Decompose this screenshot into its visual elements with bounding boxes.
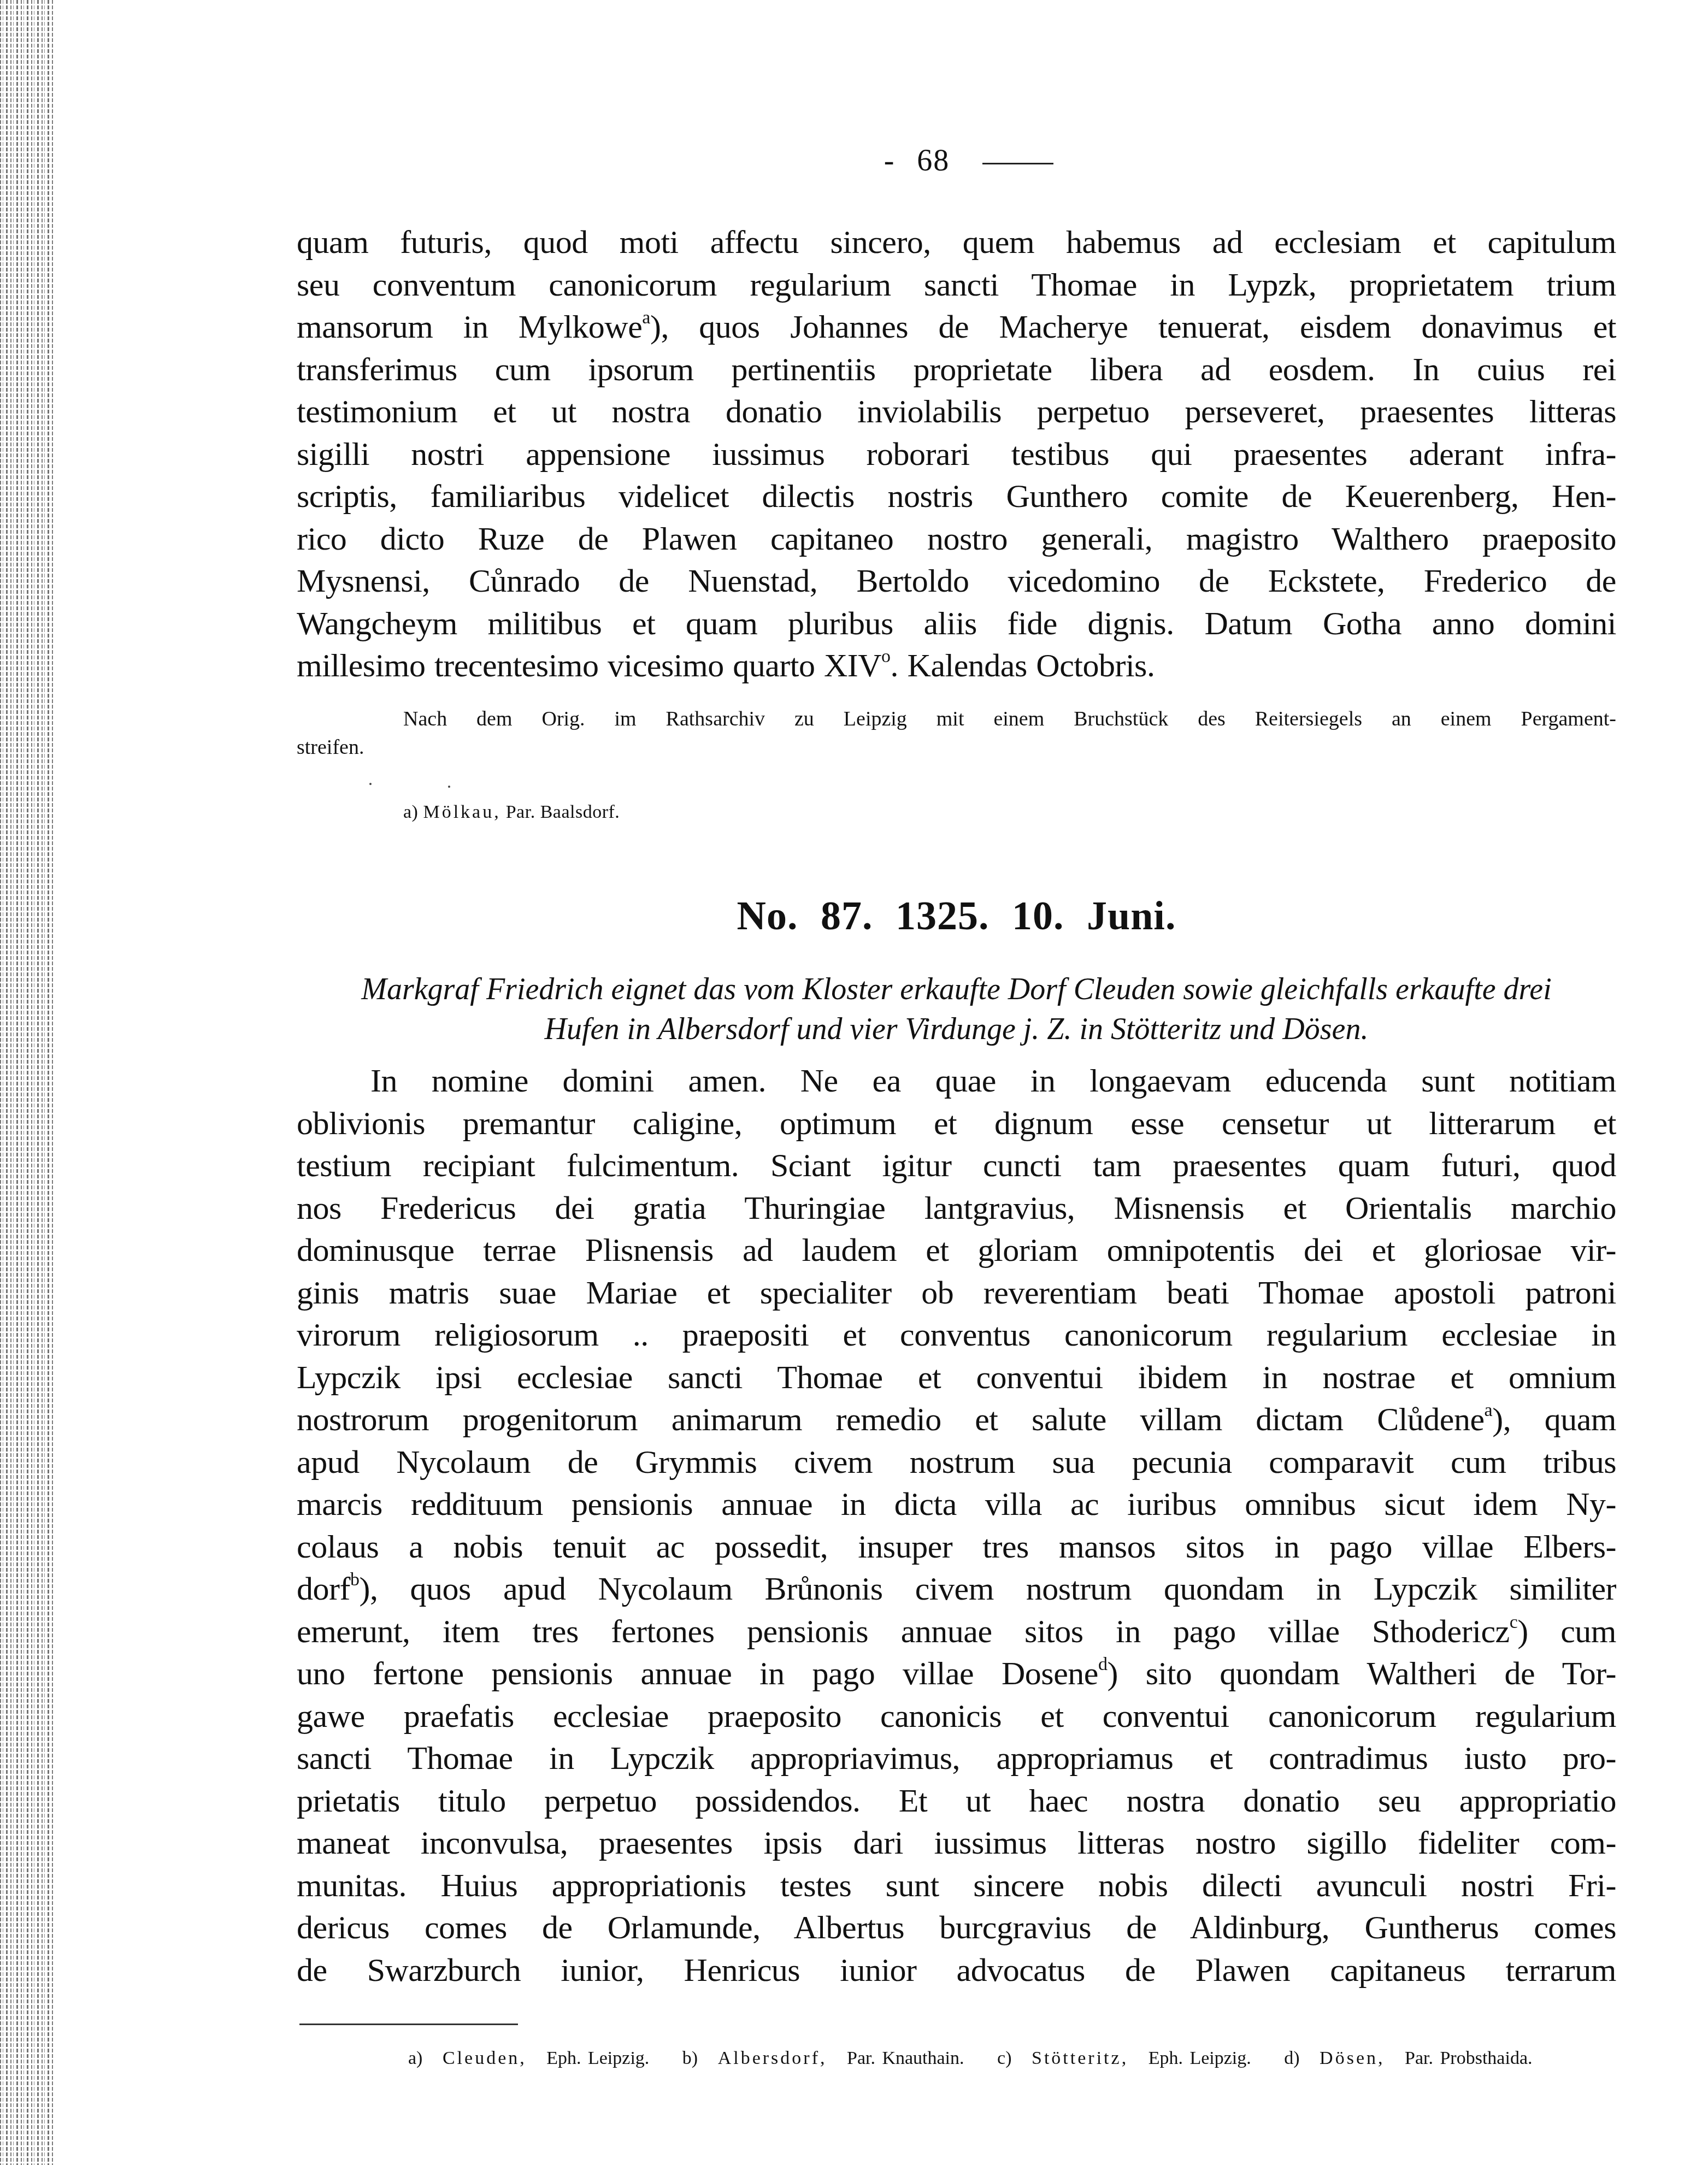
text-line: mansorum in Mylkowea), quos Johannes de … [297, 306, 1616, 349]
document-date: 10. Juni. [1012, 894, 1176, 939]
text-line: Wangcheym militibus et quam pluribus ali… [297, 603, 1616, 645]
text-line: nostrorum progenitorum animarum remedio … [297, 1399, 1616, 1441]
text-line: munitas. Huius appropriationis testes su… [297, 1865, 1616, 1907]
footnote-c: c) Stötteritz, Eph. Leipzig. [997, 2048, 1264, 2068]
footnote-marker: a) [403, 802, 418, 822]
source-note-line: Nach dem Orig. im Rathsarchiv zu Leipzig… [297, 705, 1616, 733]
footnote-a: a) Cleuden, Eph. Leipzig. [408, 2048, 662, 2068]
text-line: Lypczik ipsi ecclesiae sancti Thomae et … [297, 1356, 1616, 1399]
text-line: emerunt, item tres fertones pensionis an… [297, 1611, 1616, 1653]
text-line: dorfb), quos apud Nycolaum Brůnonis cive… [297, 1568, 1616, 1611]
summary-line: Hufen in Albersdorf und vier Virdunge j.… [297, 1010, 1616, 1049]
text-line: colaus a nobis tenuit ac possedit, insup… [297, 1526, 1616, 1568]
continuation-text-block: quam futuris, quod moti affectu sincero,… [297, 221, 1616, 687]
footnote-parish: Par. Baalsdorf. [506, 802, 620, 822]
footnote-marker: a [1485, 1400, 1493, 1420]
text-line: virorum religiosorum .. praepositi et co… [297, 1314, 1616, 1356]
text-line: sancti Thomae in Lypczik appropriavimus,… [297, 1737, 1616, 1780]
text-line: millesimo trecentesimo vicesimo quarto X… [297, 645, 1616, 687]
footnote-marker: c [1510, 1612, 1518, 1632]
footnote-separator-rule [299, 2024, 518, 2025]
text-line: seu conventum canonicorum regularium san… [297, 264, 1616, 306]
text-line: ginis matris suae Mariae et specialiter … [297, 1272, 1616, 1314]
footnote-marker: d [1098, 1654, 1108, 1674]
document-summary: Markgraf Friedrich eignet das vom Kloste… [297, 970, 1616, 1049]
document-number: No. 87. [737, 894, 873, 939]
text-line: testimonium et ut nostra donatio inviola… [297, 391, 1616, 433]
text-line: maneat inconvulsa, praesentes ipsis dari… [297, 1822, 1616, 1865]
text-line: testium recipiant fulcimentum. Sciant ig… [297, 1145, 1616, 1187]
text-line: marcis reddituum pensionis annuae in dic… [297, 1483, 1616, 1526]
source-note-line: streifen. [297, 733, 1616, 762]
page-number-dash: - [884, 144, 896, 178]
document-heading: No. 87. 1325. 10. Juni. [297, 893, 1616, 940]
document-body-block: In nomine domini amen. Ne ea quae in lon… [297, 1060, 1616, 1991]
page-number-rule [982, 163, 1053, 164]
document-year: 1325. [896, 894, 990, 939]
page-number: 68 [917, 144, 950, 178]
footnote-top: a) Mölkau, Par. Baalsdorf. [297, 802, 1708, 823]
text-line: sigilli nostri appensione iussimus robor… [297, 433, 1616, 476]
text-line: apud Nycolaum de Grymmis civem nostrum s… [297, 1441, 1616, 1484]
source-note: Nach dem Orig. im Rathsarchiv zu Leipzig… [297, 705, 1616, 762]
text-line: Mysnensi, Cůnrado de Nuenstad, Bertoldo … [297, 560, 1616, 603]
scan-edge-artifact [0, 0, 55, 2165]
footnote-place: Mölkau, [423, 802, 500, 822]
text-line: dominusque terrae Plisnensis ad laudem e… [297, 1229, 1616, 1272]
document-summary-block: Markgraf Friedrich eignet das vom Kloste… [297, 970, 1616, 1049]
text-line: prietatis titulo perpetuo possidendos. E… [297, 1780, 1616, 1822]
text-line: rico dicto Ruze de Plawen capitaneo nost… [297, 518, 1616, 561]
text-line: dericus comes de Orlamunde, Albertus bur… [297, 1907, 1616, 1949]
document-heading-block: No. 87. 1325. 10. Juni. [297, 893, 1616, 940]
footnote-d: d) Dösen, Par. Probsthaida. [1284, 2048, 1545, 2068]
text-line: gawe praefatis ecclesiae praeposito cano… [297, 1695, 1616, 1738]
source-note-block: Nach dem Orig. im Rathsarchiv zu Leipzig… [297, 705, 1616, 762]
text-line: uno fertone pensionis annuae in pago vil… [297, 1653, 1616, 1695]
text-line: quam futuris, quod moti affectu sincero,… [297, 221, 1616, 264]
text-line: oblivionis premantur caligine, optimum e… [297, 1102, 1616, 1145]
text-line: In nomine domini amen. Ne ea quae in lon… [297, 1060, 1616, 1102]
text-line: nos Fredericus dei gratia Thuringiae lan… [297, 1187, 1616, 1230]
text-line: de Swarzburch iunior, Henricus iunior ad… [297, 1949, 1616, 1992]
footnote-marker: a [642, 308, 650, 328]
summary-line: Markgraf Friedrich eignet das vom Kloste… [297, 970, 1616, 1010]
degree-marker: o [881, 646, 891, 666]
text-line: transferimus cum ipsorum pertinentiis pr… [297, 349, 1616, 391]
footnote-b: b) Albersdorf, Par. Knauthain. [682, 2048, 977, 2068]
footnote-marker: b [350, 1570, 360, 1590]
document-body: In nomine domini amen. Ne ea quae in lon… [297, 1060, 1616, 1991]
footnotes-bottom: a) Cleuden, Eph. Leipzig. b) Albersdorf,… [408, 2048, 1558, 2069]
continuation-paragraph: quam futuris, quod moti affectu sincero,… [297, 221, 1616, 687]
scan-speck [369, 783, 372, 785]
scan-speck [448, 786, 450, 788]
text-line: scriptis, familiaribus videlicet dilecti… [297, 475, 1616, 518]
page-header: -68 [0, 143, 1708, 178]
